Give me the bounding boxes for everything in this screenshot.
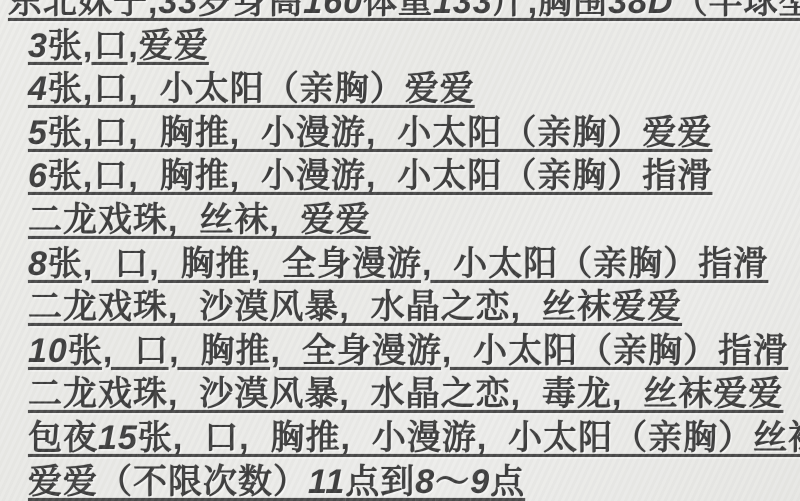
- price-line: 4张,口, 小太阳（亲胸）爱爱: [28, 68, 800, 112]
- price-list: 东北妹子,33岁身高160体重133斤,胸围38D（半球型） 3张,口,爱爱 4…: [0, 0, 800, 501]
- price-line: 包夜15张, 口, 胸推, 小漫游, 小太阳（亲胸）丝袜: [28, 417, 800, 461]
- price-line: 3张,口,爱爱: [28, 25, 800, 69]
- price-line: 8张, 口, 胸推, 全身漫游, 小太阳（亲胸）指滑: [28, 243, 800, 287]
- price-line: 二龙戏珠, 沙漠风暴, 水晶之恋, 毒龙, 丝袜爱爱: [28, 373, 800, 417]
- description-line: 东北妹子,33岁身高160体重133斤,胸围38D（半球型）: [8, 0, 800, 25]
- note-photo: 东北妹子,33岁身高160体重133斤,胸围38D（半球型） 3张,口,爱爱 4…: [0, 0, 800, 501]
- price-line: 二龙戏珠, 沙漠风暴, 水晶之恋, 丝袜爱爱: [28, 286, 800, 330]
- price-line: 10张, 口, 胸推, 全身漫游, 小太阳（亲胸）指滑: [28, 330, 800, 374]
- price-line: 6张,口, 胸推, 小漫游, 小太阳（亲胸）指滑: [28, 155, 800, 199]
- price-line: 爱爱（不限次数）11点到8～9点: [28, 461, 800, 501]
- price-line: 5张,口, 胸推, 小漫游, 小太阳（亲胸）爱爱: [28, 112, 800, 156]
- price-line: 二龙戏珠, 丝袜, 爱爱: [28, 199, 800, 243]
